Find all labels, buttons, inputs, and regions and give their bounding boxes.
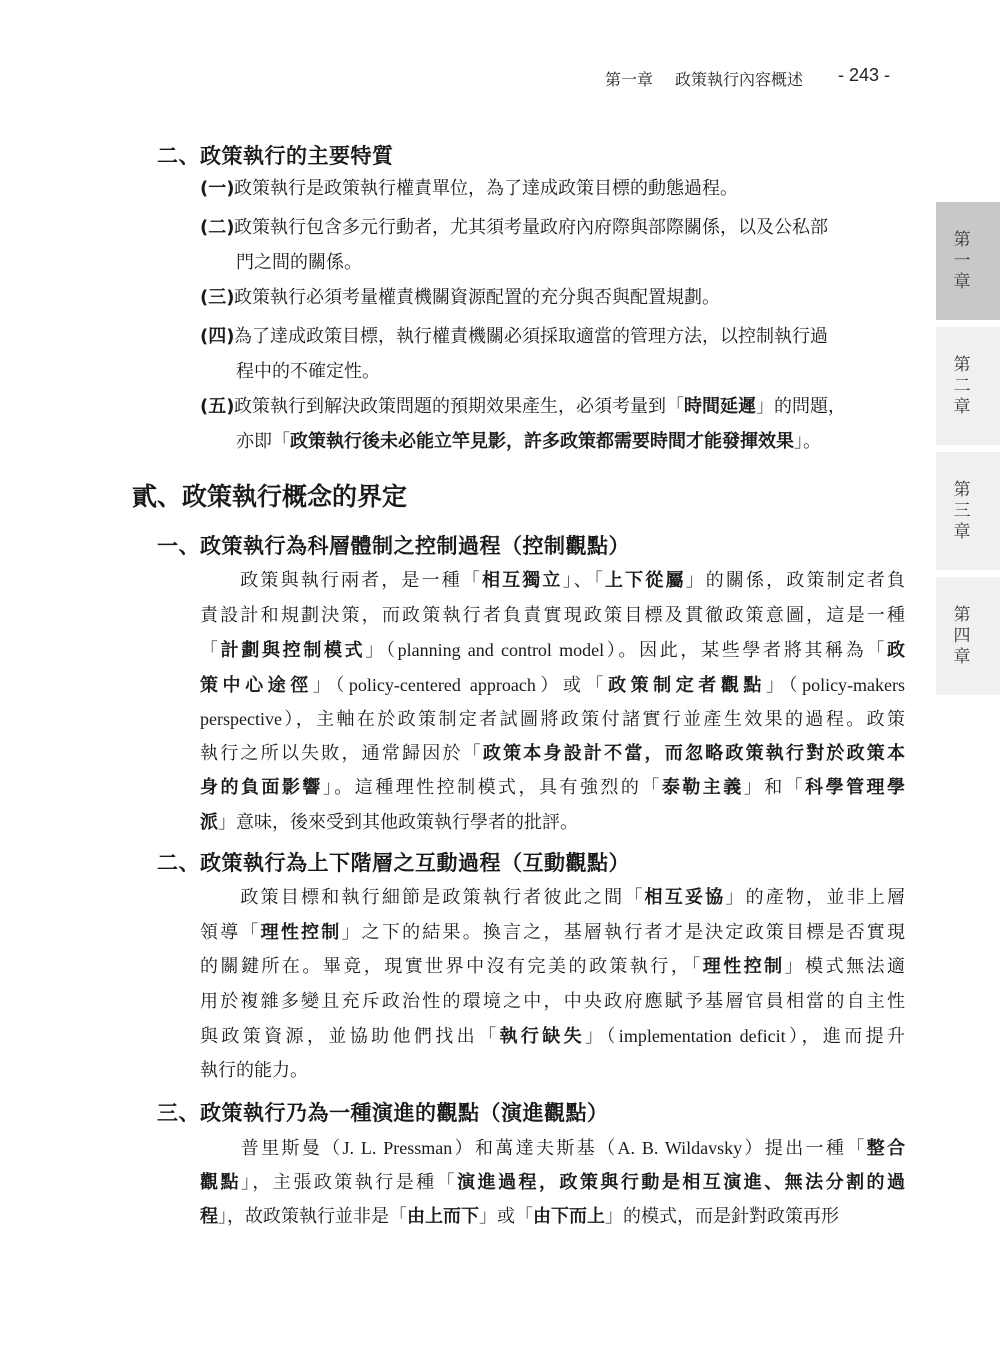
subsection-heading-evolution: 三、政策執行乃為一種演進的觀點（演進觀點） <box>157 1097 609 1127</box>
text-line: 責設計和規劃決策，而政策執行者負責實現政策目標及貫徹政策意圖，這是一種 <box>200 599 905 634</box>
text-line: 「計劃與控制模式」（planning and control model）。因此… <box>200 633 905 668</box>
chapter-tab-4[interactable]: 第 四 章 <box>936 577 1000 695</box>
chapter-tab-1[interactable]: 第 一 章 <box>936 202 1000 320</box>
text-line: 政策與執行兩者，是一種「相互獨立」、「上下從屬」的關係，政策制定者負 <box>200 564 905 599</box>
text-line: 執行的能力。 <box>200 1054 905 1089</box>
text-line: 觀點」，主張政策執行是種「演進過程，政策與行動是相互演進、無法分割的過 <box>200 1166 905 1201</box>
paragraph-evolution: 普里斯曼（J. L. Pressman）和萬達夫斯基（A. B. Wildavs… <box>200 1131 905 1235</box>
text-line: perspective），主軸在於政策制定者試圖將政策付諸實行並產生效果的過程。… <box>200 702 905 737</box>
section-heading-characteristics: 二、政策執行的主要特質 <box>157 140 394 170</box>
text-line: 與政策資源，並協助他們找出「執行缺失」（implementation defic… <box>200 1019 905 1054</box>
list-item: (三)政策執行必須考量權責機關資源配置的充分與否與配置規劃。 <box>200 281 905 316</box>
text-line: 的關鍵所在。畢竟，現實世界中沒有完美的政策執行，「理性控制」模式無法適 <box>200 950 905 985</box>
chapter-title: 政策執行內容概述 <box>675 67 803 90</box>
subsection-heading-interaction: 二、政策執行為上下階層之互動過程（互動觀點） <box>157 847 630 877</box>
text-line: 執行之所以失敗，通常歸因於「政策本身設計不當，而忽略政策執行對於政策本 <box>200 737 905 772</box>
subsection-heading-control: 一、政策執行為科層體制之控制過程（控制觀點） <box>157 530 630 560</box>
text-line: 普里斯曼（J. L. Pressman）和萬達夫斯基（A. B. Wildavs… <box>200 1131 905 1166</box>
text-line: 政策目標和執行細節是政策執行者彼此之間「相互妥協」的產物，並非上層 <box>200 881 905 916</box>
text-line: 領導「理性控制」之下的結果。換言之，基層執行者才是決定政策目標是否實現 <box>200 916 905 951</box>
list-item: (二)政策執行包含多元行動者，尤其須考量政府內府際與部際關係，以及公私部 門之間… <box>200 211 905 280</box>
page-number: - 243 - <box>838 65 890 86</box>
paragraph-control: 政策與執行兩者，是一種「相互獨立」、「上下從屬」的關係，政策制定者負責設計和規劃… <box>200 564 905 840</box>
text-line: 派」意味，後來受到其他政策執行學者的批評。 <box>200 806 905 841</box>
chapter-tab-2[interactable]: 第 二 章 <box>936 327 1000 445</box>
list-item: (一)政策執行是政策執行權責單位，為了達成政策目標的動態過程。 <box>200 172 905 207</box>
text-line: 策中心途徑」（policy-centered approach）或「政策制定者觀… <box>200 668 905 703</box>
list-item: (五)政策執行到解決政策問題的預期效果產生，必須考量到「時間延遲」的問題， 亦即… <box>200 390 905 459</box>
section-heading-definition: 貳、政策執行概念的界定 <box>132 477 407 513</box>
text-line: 程」，故政策執行並非是「由上而下」或「由下而上」的模式，而是針對政策再形 <box>200 1200 905 1235</box>
text-line: 身的負面影響」。這種理性控制模式，具有強烈的「泰勒主義」和「科學管理學 <box>200 771 905 806</box>
chapter-tab-3[interactable]: 第 三 章 <box>936 452 1000 570</box>
text-line: 用於複雜多變且充斥政治性的環境之中，中央政府應賦予基層官員相當的自主性 <box>200 985 905 1020</box>
list-item: (四)為了達成政策目標，執行權責機關必須採取適當的管理方法，以控制執行過 程中的… <box>200 320 905 389</box>
chapter-label: 第一章 <box>605 67 653 90</box>
paragraph-interaction: 政策目標和執行細節是政策執行者彼此之間「相互妥協」的產物，並非上層領導「理性控制… <box>200 881 905 1088</box>
running-header: 第一章 政策執行內容概述 - 243 - <box>600 64 910 92</box>
